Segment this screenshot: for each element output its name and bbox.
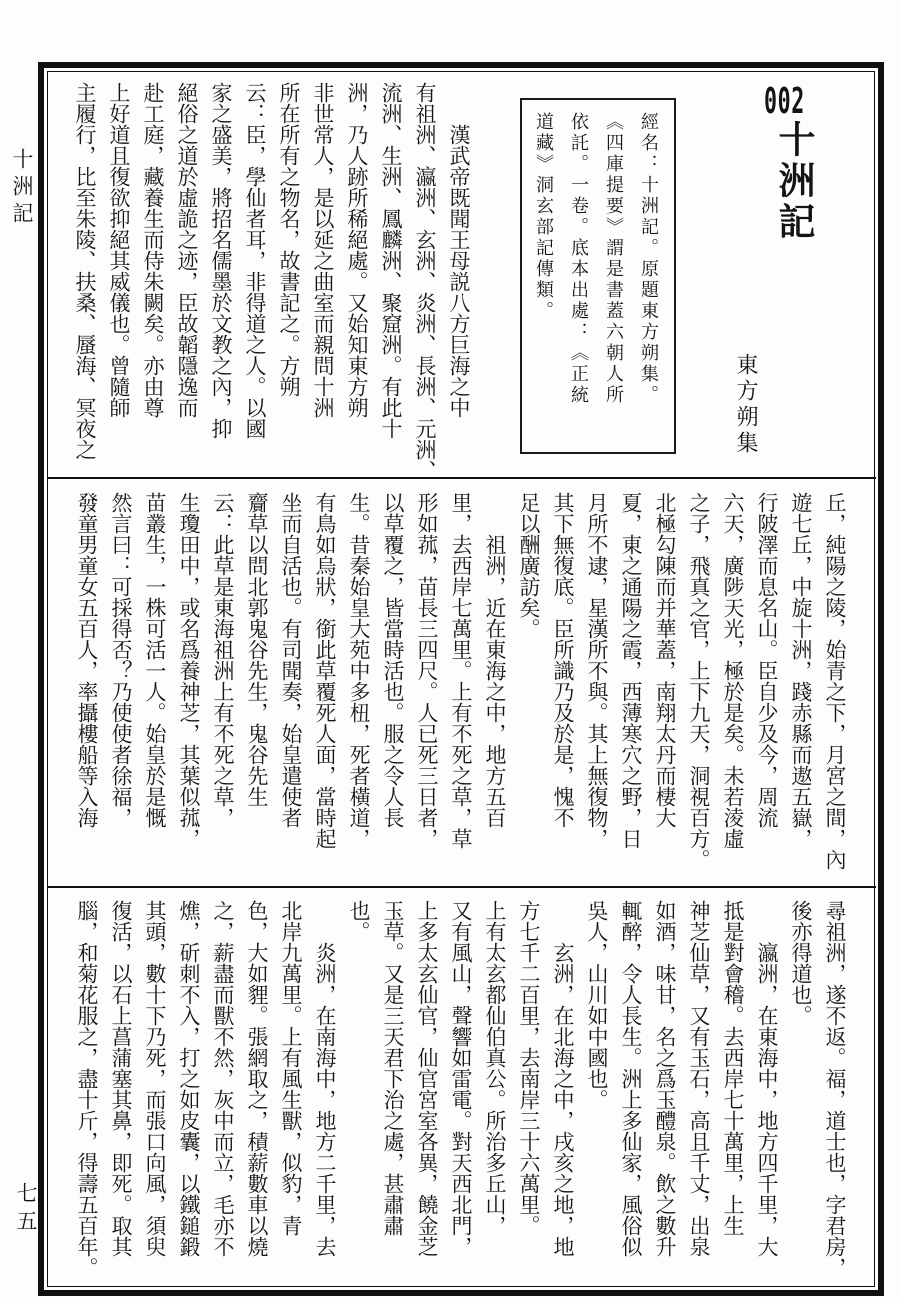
- text-column: 之，薪盡而獸不然，灰中而立，毛亦不: [206, 900, 240, 1292]
- text-column: 漢武帝既聞王母説八方巨海之中: [442, 82, 476, 482]
- text-column: 丘，純陽之陵，始青之下，月宮之間，內: [818, 492, 852, 884]
- text-column: 尋祖洲，遂不返。福，道士也，字君房，: [818, 900, 852, 1292]
- text-column: 流洲、生洲、鳳麟洲、聚窟洲。有此十: [374, 82, 408, 482]
- text-column: 發童男童女五百人，率攝樓船等入海: [70, 492, 104, 884]
- document-title: 十洲記: [765, 120, 819, 243]
- text-column: 其頭，數十下乃死，而張口向風，須臾: [138, 900, 172, 1292]
- bibliographic-note-box: 經名：十洲記。原題東方朔集。《四庫提要》謂是書蓋六朝人所依託。一卷。底本出處：《…: [520, 98, 676, 454]
- text-column: 瀛洲，在東海中，地方四千里，大: [750, 900, 784, 1292]
- text-column: 以草覆之，皆當時活也。服之令人長: [376, 492, 410, 884]
- text-section-bottom: 尋祖洲，遂不返。福，道士也，字君房，後亦得道也。 瀛洲，在東海中，地方四千里，大…: [52, 900, 852, 1292]
- text-column: 復活，以石上菖蒲塞其鼻，即死。取其: [104, 900, 138, 1292]
- text-column: 也。: [342, 900, 376, 1292]
- text-column: 行陂澤而息名山。臣自少及今，周流: [750, 492, 784, 884]
- text-column: 有祖洲、瀛洲、玄洲、炎洲、長洲、元洲、: [408, 82, 442, 482]
- text-column: 坐而自活也。有司聞奏，始皇遣使者: [274, 492, 308, 884]
- text-column: 苗叢生，一株可活一人。始皇於是慨: [138, 492, 172, 884]
- text-column: 然言曰：可採得否？乃使使者徐福，: [104, 492, 138, 884]
- text-column: 炎洲，在南海中，地方二千里，去: [308, 900, 342, 1292]
- text-column: 月所不逮，星漢所不與。其上無復物，: [580, 492, 614, 884]
- text-section-top: 漢武帝既聞王母説八方巨海之中有祖洲、瀛洲、玄洲、炎洲、長洲、元洲、流洲、生洲、鳳…: [52, 82, 476, 482]
- text-column: 遊七丘，中旋十洲，踐赤縣而遨五嶽，: [784, 492, 818, 884]
- text-column: 北極勾陳而并華蓋，南翔太丹而棲大: [648, 492, 682, 884]
- text-column: 其下無復底。臣所識乃及於是，愧不: [546, 492, 580, 884]
- text-column: 北岸九萬里。上有風生獸，似豹，青: [274, 900, 308, 1292]
- text-column: 燋，斫刺不入，打之如皮囊，以鐵鎚鍛: [172, 900, 206, 1292]
- text-column: 色，大如貍。張網取之，積薪數車以燒: [240, 900, 274, 1292]
- text-column: 之子，飛真之官，上下九天，洞視百方。: [682, 492, 716, 884]
- page-number: 七五: [11, 1182, 41, 1238]
- text-column: 又有風山，聲響如雷電。對天西北門，: [444, 900, 478, 1292]
- text-column: 神芝仙草，又有玉石，高且千丈，出泉: [682, 900, 716, 1292]
- text-column: 玉草。又是三天君下治之處，甚肅肅: [376, 900, 410, 1292]
- text-column: 道藏》洞玄部記傳類。: [526, 112, 561, 444]
- text-column: 六天，廣陟天光，極於是矣。未若淩虛: [716, 492, 750, 884]
- text-column: 輒醉，令人長生。洲上多仙家，風俗似: [614, 900, 648, 1292]
- text-column: 生。昔秦始皇大苑中多杻，死者橫道，: [342, 492, 376, 884]
- text-column: 抵是對會稽。去西岸七十萬里，上生: [716, 900, 750, 1292]
- text-column: 家之盛美，將招名儒墨於文教之內，抑: [204, 82, 238, 482]
- text-column: 吳人，山川如中國也。: [580, 900, 614, 1292]
- text-column: 有鳥如烏狀，銜此草覆死人面，當時起: [308, 492, 342, 884]
- text-column: 赴工庭，藏養生而侍朱闕矣。亦由尊: [136, 82, 170, 482]
- text-column: 齎草以問北郭鬼谷先生，鬼谷先生: [240, 492, 274, 884]
- text-column: 足以酬廣訪矣。: [512, 492, 546, 884]
- document-number: 002: [764, 84, 805, 120]
- text-column: 祖洲，近在東海之中，地方五百: [478, 492, 512, 884]
- text-column: 所在所有之物名，故書記之。方朔: [272, 82, 306, 482]
- text-column: 上多太玄仙官，仙官宮室各異，饒金芝: [410, 900, 444, 1292]
- section-divider-bottom: [48, 886, 876, 888]
- text-column: 云：此草是東海祖洲上有不死之草，: [206, 492, 240, 884]
- text-column: 玄洲，在北海之中，戌亥之地，地: [546, 900, 580, 1292]
- text-column: 云：臣，學仙者耳，非得道之人。以國: [238, 82, 272, 482]
- text-column: 如酒，味甘，名之爲玉醴泉。飲之數升: [648, 900, 682, 1292]
- text-column: 依託。一卷。底本出處：《正統: [561, 112, 596, 444]
- text-column: 里，去西岸七萬里。上有不死之草，草: [444, 492, 478, 884]
- text-column: 主履行，比至朱陵、扶桑、蜃海、冥夜之: [68, 82, 102, 482]
- text-column: 絕俗之道於虛詭之迹，臣故韜隱逸而: [170, 82, 204, 482]
- document-author: 東方朔集: [731, 353, 762, 457]
- text-column: 上有太玄都仙伯真公。所治多丘山，: [478, 900, 512, 1292]
- margin-running-title: 十洲記: [7, 148, 37, 229]
- text-column: 上好道且復欲抑絕其威儀也。曾隨師: [102, 82, 136, 482]
- text-column: 非世常人，是以延之曲室而親問十洲: [306, 82, 340, 482]
- book-page: 十洲記 七五 002 十洲記 東方朔集 經名：十洲記。原題東方朔集。《四庫提要》…: [0, 0, 900, 1300]
- bibliographic-note-text: 經名：十洲記。原題東方朔集。《四庫提要》謂是書蓋六朝人所依託。一卷。底本出處：《…: [526, 112, 666, 444]
- text-section-middle: 丘，純陽之陵，始青之下，月宮之間，內遊七丘，中旋十洲，踐赤縣而遨五嶽，行陂澤而息…: [52, 492, 852, 884]
- text-column: 腦，和菊花服之，盡十斤，得壽五百年。: [70, 900, 104, 1292]
- text-column: 夏，東之通陽之霞，西薄寒穴之野，日: [614, 492, 648, 884]
- text-column: 形如菰，苗長三四尺。人已死三日者，: [410, 492, 444, 884]
- text-column: 生瓊田中，或名爲養神芝，其葉似菰，: [172, 492, 206, 884]
- text-column: 方七千二百里，去南岸三十六萬里。: [512, 900, 546, 1292]
- text-column: 洲，乃人跡所稀絕處。又始知東方朔: [340, 82, 374, 482]
- text-column: 經名：十洲記。原題東方朔集。: [631, 112, 666, 444]
- text-column: 《四庫提要》謂是書蓋六朝人所: [596, 112, 631, 444]
- text-column: 後亦得道也。: [784, 900, 818, 1292]
